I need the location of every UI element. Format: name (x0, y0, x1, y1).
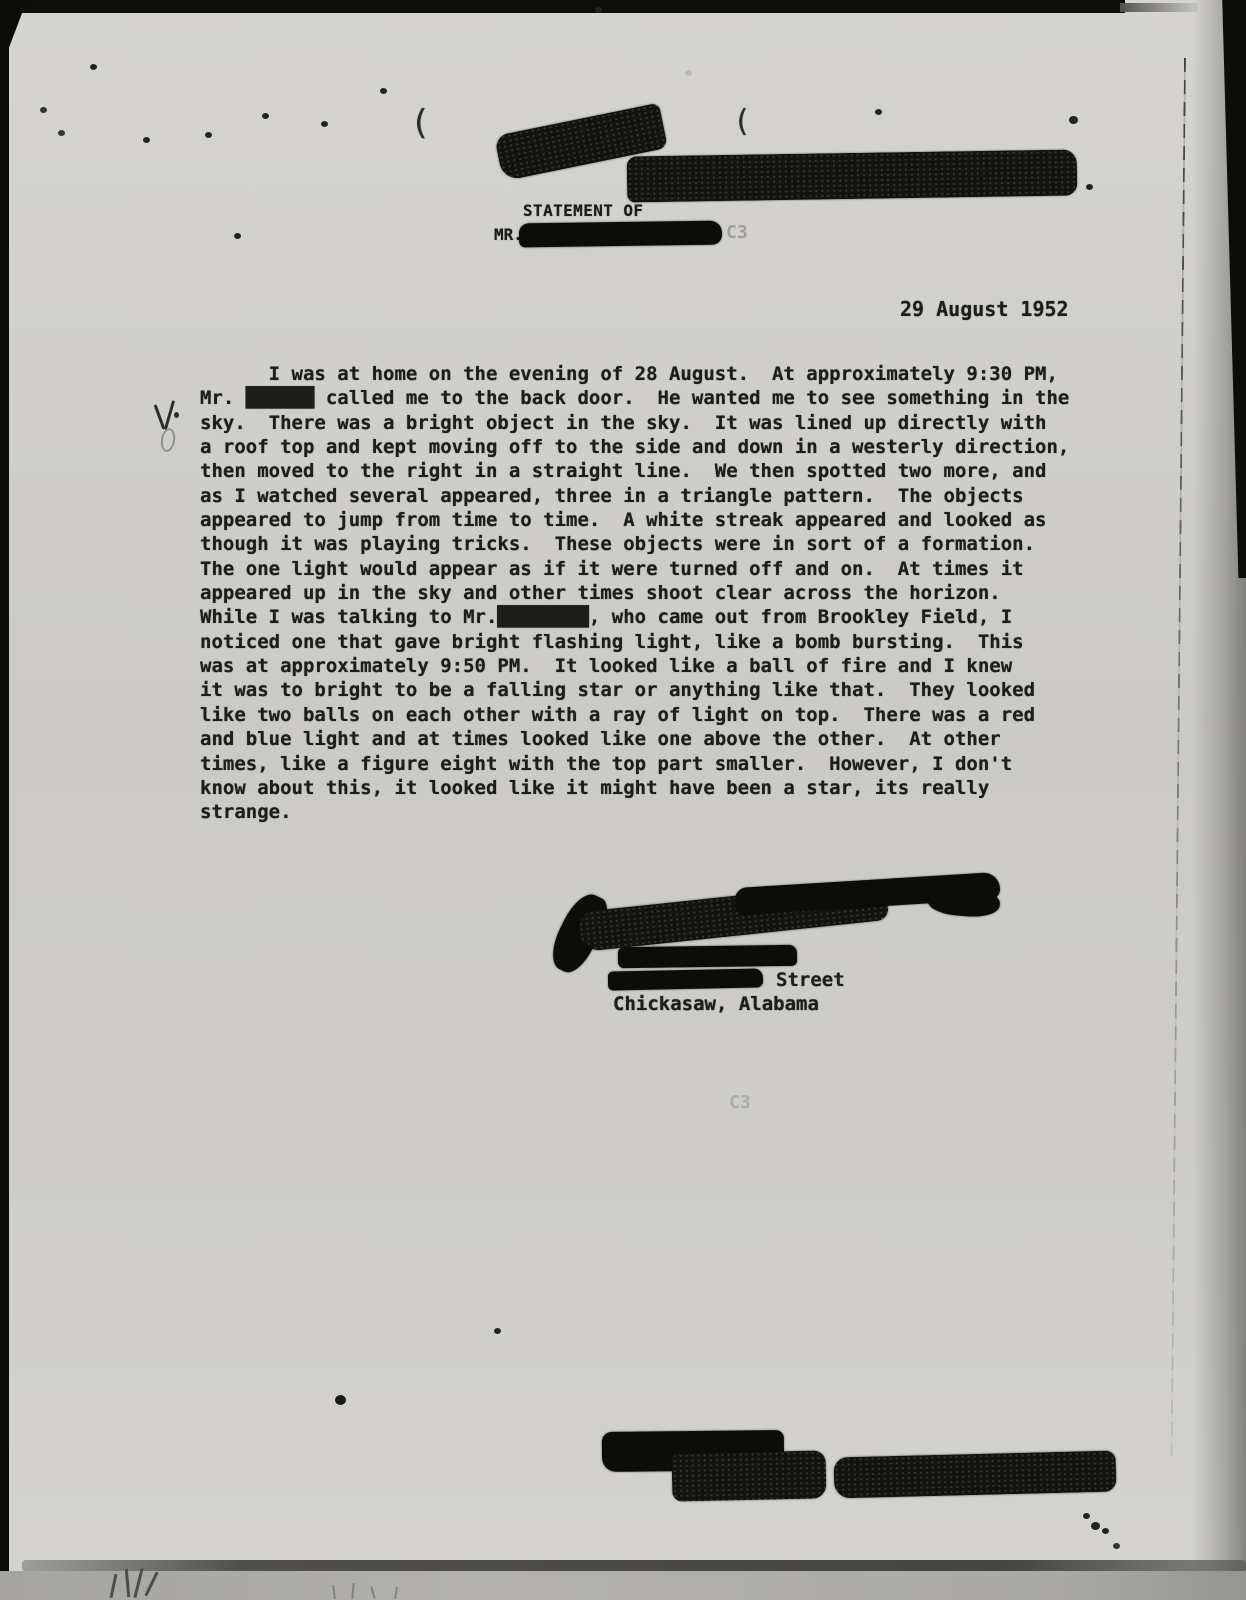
redaction-bar-bottom-right (834, 1451, 1117, 1499)
body-line: and blue light and at times looked like … (200, 727, 1100, 751)
body-line: The one light would appear as if it were… (200, 557, 1100, 581)
handwritten-margin-mark (152, 398, 188, 450)
street-label: Street (776, 969, 845, 991)
city-state-line: Chickasaw, Alabama (613, 993, 819, 1015)
body-line: noticed one that gave bright flashing li… (200, 630, 1100, 654)
body-line: strange. (200, 800, 1100, 824)
censor-stamp-lower: C3 (729, 1092, 751, 1113)
body-line: Mr. ██████ called me to the back door. H… (200, 386, 1100, 410)
redaction-bar-name (519, 221, 722, 248)
redaction-bar-top-right (627, 149, 1078, 202)
redaction-bar-street-number (608, 968, 763, 990)
scan-edge-top-fade (1120, 3, 1198, 12)
body-line: sky. There was a bright object in the sk… (200, 411, 1100, 435)
scan-edge-left (0, 0, 9, 1574)
handwritten-paren-left: ( (410, 103, 430, 143)
body-line: though it was playing tricks. These obje… (200, 532, 1100, 556)
page-fold-line (1171, 58, 1186, 1456)
paper-speckle-noise (595, 7, 602, 13)
body-line: then moved to the right in a straight li… (200, 459, 1100, 483)
body-line: was at approximately 9:50 PM. It looked … (200, 654, 1100, 678)
body-line: like two balls on each other with a ray … (200, 703, 1100, 727)
scanned-document-page: ( ( STATEMENT OF MR. C3 29 August 1952 I… (0, 0, 1246, 1600)
body-line: appeared to jump from time to time. A wh… (200, 508, 1100, 532)
scanner-background-strip (0, 1571, 1246, 1600)
body-line: know about this, it looked like it might… (200, 776, 1100, 800)
body-line: it was to bright to be a falling star or… (200, 678, 1100, 702)
redaction-bar-signature-name (618, 945, 797, 968)
redaction-bar-bottom-lower (672, 1450, 827, 1501)
body-line: a roof top and kept moving off to the si… (200, 435, 1100, 459)
scan-corner-top-left (0, 0, 27, 50)
body-line: While I was talking to Mr.████████, who … (200, 605, 1100, 629)
statement-body: I was at home on the evening of 28 Augus… (200, 362, 1100, 825)
body-line: as I watched several appeared, three in … (200, 484, 1100, 508)
censor-stamp-upper: C3 (726, 222, 748, 243)
scanner-strip-faint-marks (330, 1580, 420, 1600)
body-line: times, like a figure eight with the top … (200, 752, 1100, 776)
date-line: 29 August 1952 (900, 297, 1069, 321)
scan-edge-top (0, 0, 1125, 13)
handwritten-paren-right: ( (733, 104, 751, 139)
body-line: I was at home on the evening of 28 Augus… (200, 362, 1100, 386)
statement-of-title: STATEMENT OF (523, 201, 643, 220)
body-line: appeared up in the sky and other times s… (200, 581, 1100, 605)
handwritten-bottom-marks (105, 1566, 185, 1600)
